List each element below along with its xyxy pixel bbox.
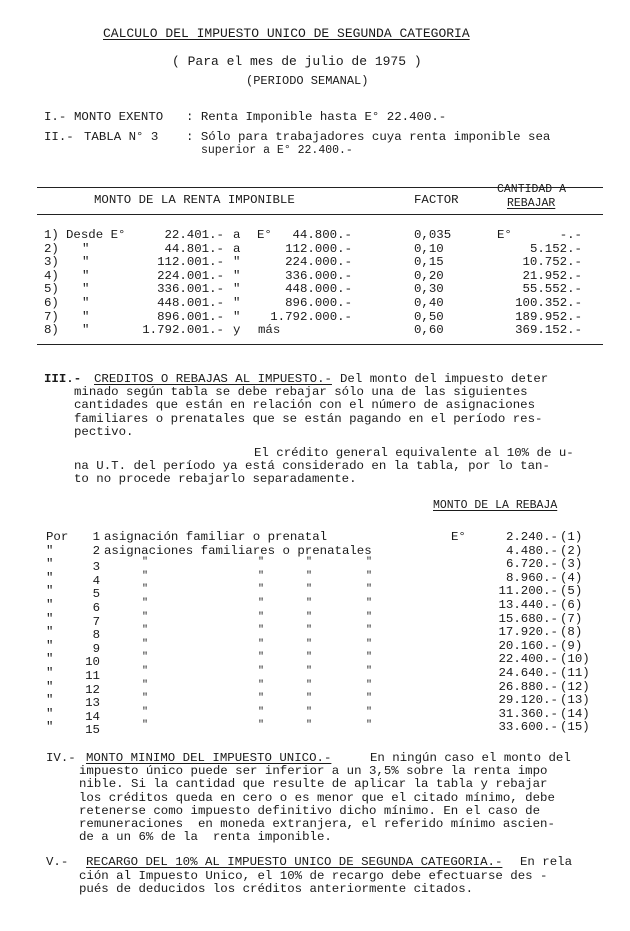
row-desde: " — [82, 270, 89, 282]
ditto-mark: " — [258, 708, 264, 718]
table-header-monto: MONTO DE LA RENTA IMPONIBLE — [94, 194, 295, 206]
row-rebaja: 55.552.- — [523, 283, 583, 295]
ditto-mark: " — [366, 708, 372, 718]
ditto-mark: " — [142, 626, 148, 636]
credit-ref: (10) — [560, 653, 590, 665]
section-iii-number: III.- — [44, 373, 81, 385]
paragraph-line: los créditos queda en cero o es menor qu… — [79, 792, 555, 804]
row-factor: 0,40 — [414, 297, 444, 309]
section-i-text: : Renta Imponible hasta E° 22.400.- — [186, 111, 446, 123]
credit-amount: 24.640.- — [499, 667, 559, 679]
credit-amount: 15.680.- — [499, 613, 559, 625]
credit-amount: 11.200.- — [499, 585, 559, 597]
paragraph-line: familiares o prenatales que se están pag… — [74, 413, 542, 425]
row-desde: " — [82, 243, 89, 255]
row-to: más — [258, 324, 280, 336]
ditto-mark: " — [306, 721, 312, 731]
row-sep: " — [233, 297, 240, 309]
row-number: 1) — [44, 229, 59, 241]
paragraph-line: minado según tabla se debe rebajar sólo … — [74, 386, 528, 398]
table-row: 5)"336.001.-"448.000.-0,3055.552.- — [0, 283, 630, 295]
row-to: 224.000.- — [285, 256, 352, 268]
paragraph-line: En rela — [520, 856, 572, 868]
credit-row: "4""""8.960.-(4) — [0, 572, 630, 584]
paragraph-line: impuesto único puede ser inferior a un 3… — [79, 765, 547, 777]
row-to: 896.000.- — [285, 297, 352, 309]
credit-ref: (14) — [560, 708, 590, 720]
ditto-mark: " — [306, 667, 312, 677]
ditto-mark: " — [366, 721, 372, 731]
paragraph-line: El crédito general equivalente al 10% de… — [254, 447, 574, 459]
ditto-mark: " — [306, 708, 312, 718]
ditto-mark: " — [306, 558, 312, 568]
credit-row: "12""""26.880.-(12) — [0, 681, 630, 693]
credit-ref: (2) — [560, 545, 582, 557]
ditto-mark: " — [258, 599, 264, 609]
row-desde: Desde E° — [66, 229, 126, 241]
section-ii-label: TABLA N° 3 — [84, 131, 158, 143]
table-row: 2)"44.801.-a112.000.-0,105.152.- — [0, 243, 630, 255]
row-rebaja: 369.152.- — [515, 324, 582, 336]
table-bottom-rule — [37, 344, 603, 345]
row-number: 7) — [44, 311, 59, 323]
credit-amount: 33.600.- — [499, 721, 559, 733]
ditto-mark: " — [258, 613, 264, 623]
paragraph-line: nible. Si la cantidad que resulte de apl… — [79, 778, 547, 790]
paragraph-line: Del monto del impuesto deter — [340, 373, 548, 385]
ditto-mark: " — [306, 640, 312, 650]
row-sep: a — [233, 243, 240, 255]
ditto-mark: " — [258, 667, 264, 677]
row-rebaja: 21.952.- — [523, 270, 583, 282]
credit-amount: 8.960.- — [506, 572, 558, 584]
ditto-mark: " — [142, 558, 148, 568]
row-number: 8) — [44, 324, 59, 336]
ditto-mark: " — [366, 640, 372, 650]
credit-count: 2 — [93, 545, 100, 557]
row-from: 22.401.- — [165, 229, 225, 241]
credit-por: " — [46, 667, 53, 679]
credit-row: "13""""29.120.-(13) — [0, 694, 630, 706]
row-desde: " — [82, 324, 89, 336]
paragraph-line: retenerse como impuesto definitivo dicho… — [79, 805, 540, 817]
ditto-mark: " — [366, 599, 372, 609]
ditto-mark: " — [306, 613, 312, 623]
section-v-number: V.- — [46, 856, 68, 868]
row-from: 44.801.- — [165, 243, 225, 255]
row-from: 112.001.- — [157, 256, 224, 268]
credit-currency: E° — [451, 531, 466, 543]
ditto-mark: " — [258, 626, 264, 636]
document-subtitle: ( Para el mes de julio de 1975 ) — [172, 55, 422, 68]
ditto-mark: " — [258, 585, 264, 595]
credit-por: " — [46, 721, 53, 733]
ditto-mark: " — [366, 667, 372, 677]
ditto-mark: " — [258, 694, 264, 704]
credit-ref: (4) — [560, 572, 582, 584]
credit-amount: 4.480.- — [506, 545, 558, 557]
credit-por: Por — [46, 531, 68, 543]
paragraph-line: En ningún caso el monto del — [370, 752, 571, 764]
table-row: 7)"896.001.-"1.792.000.-0,50189.952.- — [0, 311, 630, 323]
row-sep: " — [233, 311, 240, 323]
credit-ref: (8) — [560, 626, 582, 638]
credit-ref: (1) — [560, 531, 582, 543]
ditto-mark: " — [142, 585, 148, 595]
section-iv-label: MONTO MINIMO DEL IMPUESTO UNICO.- — [86, 752, 331, 764]
credit-amount: 22.400.- — [499, 653, 559, 665]
section-iv-number: IV.- — [46, 752, 76, 764]
row-to: 44.800.- — [293, 229, 353, 241]
ditto-mark: " — [366, 558, 372, 568]
row-desde: " — [82, 297, 89, 309]
row-to: 1.792.000.- — [270, 311, 352, 323]
row-rebaja: -.- — [560, 229, 582, 241]
row-from: 448.001.- — [157, 297, 224, 309]
ditto-mark: " — [142, 694, 148, 704]
credit-ref: (7) — [560, 613, 582, 625]
row-to: 112.000.- — [285, 243, 352, 255]
section-ii-number: II.- — [44, 131, 74, 143]
ditto-mark: " — [142, 599, 148, 609]
row-factor: 0,50 — [414, 311, 444, 323]
row-sep: " — [233, 283, 240, 295]
credit-ref: (13) — [560, 694, 590, 706]
credit-row: "3""""6.720.-(3) — [0, 558, 630, 570]
credit-row: Por1asignación familiar o prenatalE°2.24… — [0, 531, 630, 543]
row-number: 4) — [44, 270, 59, 282]
document-period: (PERIODO SEMANAL) — [246, 75, 368, 87]
row-to-prefix: E° — [257, 229, 272, 241]
ditto-mark: " — [142, 613, 148, 623]
ditto-mark: " — [366, 613, 372, 623]
ditto-mark: " — [366, 694, 372, 704]
row-factor: 0,30 — [414, 283, 444, 295]
paragraph-line: cantidades que están en relación con el … — [74, 399, 535, 411]
table-row: 8)"1.792.001.-ymás0,60369.152.- — [0, 324, 630, 336]
credit-row: "6""""13.440.-(6) — [0, 599, 630, 611]
ditto-mark: " — [258, 653, 264, 663]
section-v-label: RECARGO DEL 10% AL IMPUESTO UNICO DE SEG… — [86, 856, 502, 868]
paragraph-line: ción al Impuesto Unico, el 10% de recarg… — [79, 870, 547, 882]
row-sep: " — [233, 256, 240, 268]
credit-ref: (9) — [560, 640, 582, 652]
credit-amount: 29.120.- — [499, 694, 559, 706]
table-header-cantidad: CANTIDAD A — [497, 184, 566, 196]
row-factor: 0,035 — [414, 229, 451, 241]
credit-description: asignaciones familiares o prenatales — [104, 545, 372, 557]
credit-row: "5""""11.200.-(5) — [0, 585, 630, 597]
paragraph-line: remuneraciones en moneda extranjera, el … — [79, 818, 555, 830]
row-from: 896.001.- — [157, 311, 224, 323]
table-header-rebajar: REBAJAR — [507, 198, 555, 210]
ditto-mark: " — [366, 653, 372, 663]
row-sep: a — [233, 229, 240, 241]
credit-por: " — [46, 653, 53, 665]
credit-por: " — [46, 572, 53, 584]
credit-row: "8""""17.920.-(8) — [0, 626, 630, 638]
ditto-mark: " — [258, 721, 264, 731]
ditto-mark: " — [306, 626, 312, 636]
paragraph-line: na U.T. del período ya está considerado … — [74, 460, 550, 472]
credit-por: " — [46, 640, 53, 652]
credit-row: "2asignaciones familiares o prenatales4.… — [0, 545, 630, 557]
credit-row: "7""""15.680.-(7) — [0, 613, 630, 625]
credit-row: "14""""31.360.-(14) — [0, 708, 630, 720]
row-rebaja: 100.352.- — [515, 297, 582, 309]
section-i-label: MONTO EXENTO — [74, 111, 163, 123]
credit-ref: (6) — [560, 599, 582, 611]
ditto-mark: " — [366, 572, 372, 582]
ditto-mark: " — [366, 681, 372, 691]
table-header-factor: FACTOR — [414, 194, 459, 206]
row-sep: " — [233, 270, 240, 282]
credit-por: " — [46, 585, 53, 597]
credit-row: "15""""33.600.-(15) — [0, 721, 630, 733]
ditto-mark: " — [258, 640, 264, 650]
ditto-mark: " — [142, 681, 148, 691]
row-factor: 0,60 — [414, 324, 444, 336]
row-number: 5) — [44, 283, 59, 295]
credit-por: " — [46, 681, 53, 693]
section-ii-text-line1: : Sólo para trabajadores cuya renta impo… — [186, 131, 550, 143]
row-from: 336.001.- — [157, 283, 224, 295]
credit-row: "10""""22.400.-(10) — [0, 653, 630, 665]
table-row: 6)"448.001.-"896.000.-0,40100.352.- — [0, 297, 630, 309]
row-rebaja: 189.952.- — [515, 311, 582, 323]
ditto-mark: " — [306, 572, 312, 582]
table-header-rule — [37, 214, 603, 215]
credit-por: " — [46, 694, 53, 706]
ditto-mark: " — [258, 572, 264, 582]
row-number: 2) — [44, 243, 59, 255]
ditto-mark: " — [142, 708, 148, 718]
paragraph-line: de a un 6% de la renta imponible. — [79, 831, 332, 843]
section-iii-label: CREDITOS O REBAJAS AL IMPUESTO.- — [94, 373, 332, 385]
paragraph-line: pués de deducidos los créditos anteriorm… — [79, 883, 473, 895]
credit-amount: 13.440.- — [499, 599, 559, 611]
table-row: 4)"224.001.-"336.000.-0,2021.952.- — [0, 270, 630, 282]
ditto-mark: " — [366, 585, 372, 595]
ditto-mark: " — [258, 558, 264, 568]
credit-por: " — [46, 708, 53, 720]
row-rebaja-prefix: E° — [497, 229, 512, 241]
credit-amount: 26.880.- — [499, 681, 559, 693]
ditto-mark: " — [306, 653, 312, 663]
credit-amount: 17.920.- — [499, 626, 559, 638]
row-desde: " — [82, 311, 89, 323]
row-number: 3) — [44, 256, 59, 268]
credit-amount: 20.160.- — [499, 640, 559, 652]
document-title: CALCULO DEL IMPUESTO UNICO DE SEGUNDA CA… — [103, 27, 470, 40]
paragraph-line: pectivo. — [74, 426, 134, 438]
credit-por: " — [46, 613, 53, 625]
table-row: 1)Desde E°22.401.-aE°44.800.-0,035E°-.- — [0, 229, 630, 241]
ditto-mark: " — [258, 681, 264, 691]
row-to: 336.000.- — [285, 270, 352, 282]
row-factor: 0,15 — [414, 256, 444, 268]
credit-por: " — [46, 626, 53, 638]
credit-ref: (12) — [560, 681, 590, 693]
row-to: 448.000.- — [285, 283, 352, 295]
credit-amount: 2.240.- — [506, 531, 558, 543]
row-factor: 0,10 — [414, 243, 444, 255]
ditto-mark: " — [306, 681, 312, 691]
ditto-mark: " — [366, 626, 372, 636]
credit-amount: 6.720.- — [506, 558, 558, 570]
ditto-mark: " — [142, 640, 148, 650]
credit-por: " — [46, 545, 53, 557]
credit-ref: (11) — [560, 667, 590, 679]
row-sep: y — [233, 324, 240, 336]
section-ii-text-line2: superior a E° 22.400.- — [201, 145, 353, 157]
ditto-mark: " — [306, 599, 312, 609]
credit-row: "11""""24.640.-(11) — [0, 667, 630, 679]
ditto-mark: " — [142, 572, 148, 582]
ditto-mark: " — [142, 721, 148, 731]
credit-ref: (3) — [560, 558, 582, 570]
row-number: 6) — [44, 297, 59, 309]
row-factor: 0,20 — [414, 270, 444, 282]
paragraph-line: to no procede rebajarlo separadamente. — [74, 473, 357, 485]
credit-amount: 31.360.- — [499, 708, 559, 720]
row-rebaja: 10.752.- — [523, 256, 583, 268]
credit-por: " — [46, 599, 53, 611]
ditto-mark: " — [306, 694, 312, 704]
credit-por: " — [46, 558, 53, 570]
credit-row: "9""""20.160.-(9) — [0, 640, 630, 652]
row-from: 224.001.- — [157, 270, 224, 282]
credit-ref: (15) — [560, 721, 590, 733]
credit-count: 1 — [93, 531, 100, 543]
credit-description: asignación familiar o prenatal — [104, 531, 327, 543]
credits-column-header: MONTO DE LA REBAJA — [433, 500, 557, 512]
credit-ref: (5) — [560, 585, 582, 597]
row-from: 1.792.001.- — [142, 324, 224, 336]
section-i-number: I.- — [44, 111, 66, 123]
row-rebaja: 5.152.- — [530, 243, 582, 255]
row-desde: " — [82, 283, 89, 295]
ditto-mark: " — [306, 585, 312, 595]
ditto-mark: " — [142, 653, 148, 663]
table-row: 3)"112.001.-"224.000.-0,1510.752.- — [0, 256, 630, 268]
ditto-mark: " — [142, 667, 148, 677]
row-desde: " — [82, 256, 89, 268]
credit-count: 15 — [85, 724, 100, 736]
